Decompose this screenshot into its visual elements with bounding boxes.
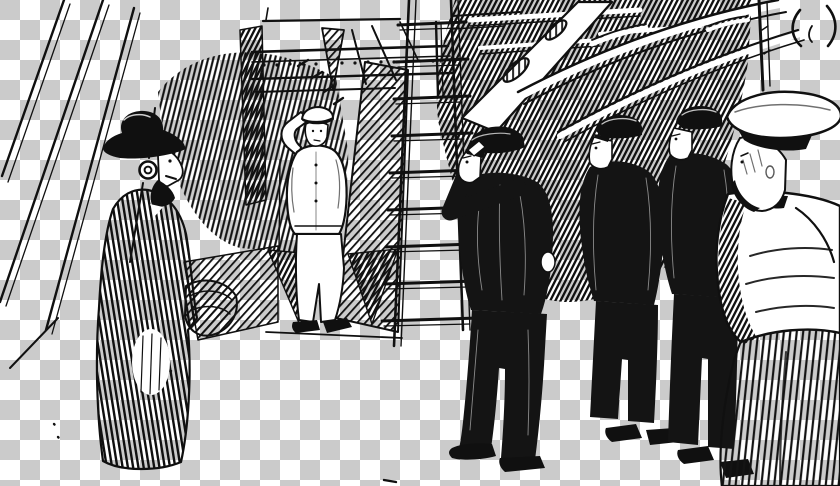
- illustration-root: [0, 0, 840, 486]
- officer-hand: [541, 252, 555, 272]
- officer-trousers: [458, 310, 547, 460]
- figure-white-cap-sailor: [716, 92, 840, 486]
- white-cap-sailor-cap: [727, 92, 840, 138]
- sailor-one-jacket: [579, 161, 664, 305]
- doorway-sailor-trousers: [296, 234, 344, 322]
- illustration-svg: Sailors saluting a visitor on a ship's d…: [0, 0, 840, 486]
- door-sill: [266, 332, 402, 338]
- sailor-two-face: [669, 128, 692, 160]
- sailor-one-trousers: [590, 301, 658, 423]
- transparent-canvas: Sailors saluting a visitor on a ship's d…: [0, 0, 840, 486]
- officer-shoe: [449, 443, 496, 460]
- sailor-one-face: [589, 137, 612, 169]
- officer-shoe: [499, 456, 545, 472]
- sailor-two-shoe: [677, 446, 714, 464]
- hanging-ring-hooks: [793, 6, 836, 46]
- doorway-sailor-shoe: [292, 320, 320, 333]
- sailor-one-shoe: [605, 424, 642, 442]
- visitor-overcoat: [97, 190, 197, 469]
- doorway-sailor-face: [305, 122, 328, 146]
- doorway-sailor-jumper: [287, 145, 347, 234]
- visitor-eye: [168, 159, 171, 162]
